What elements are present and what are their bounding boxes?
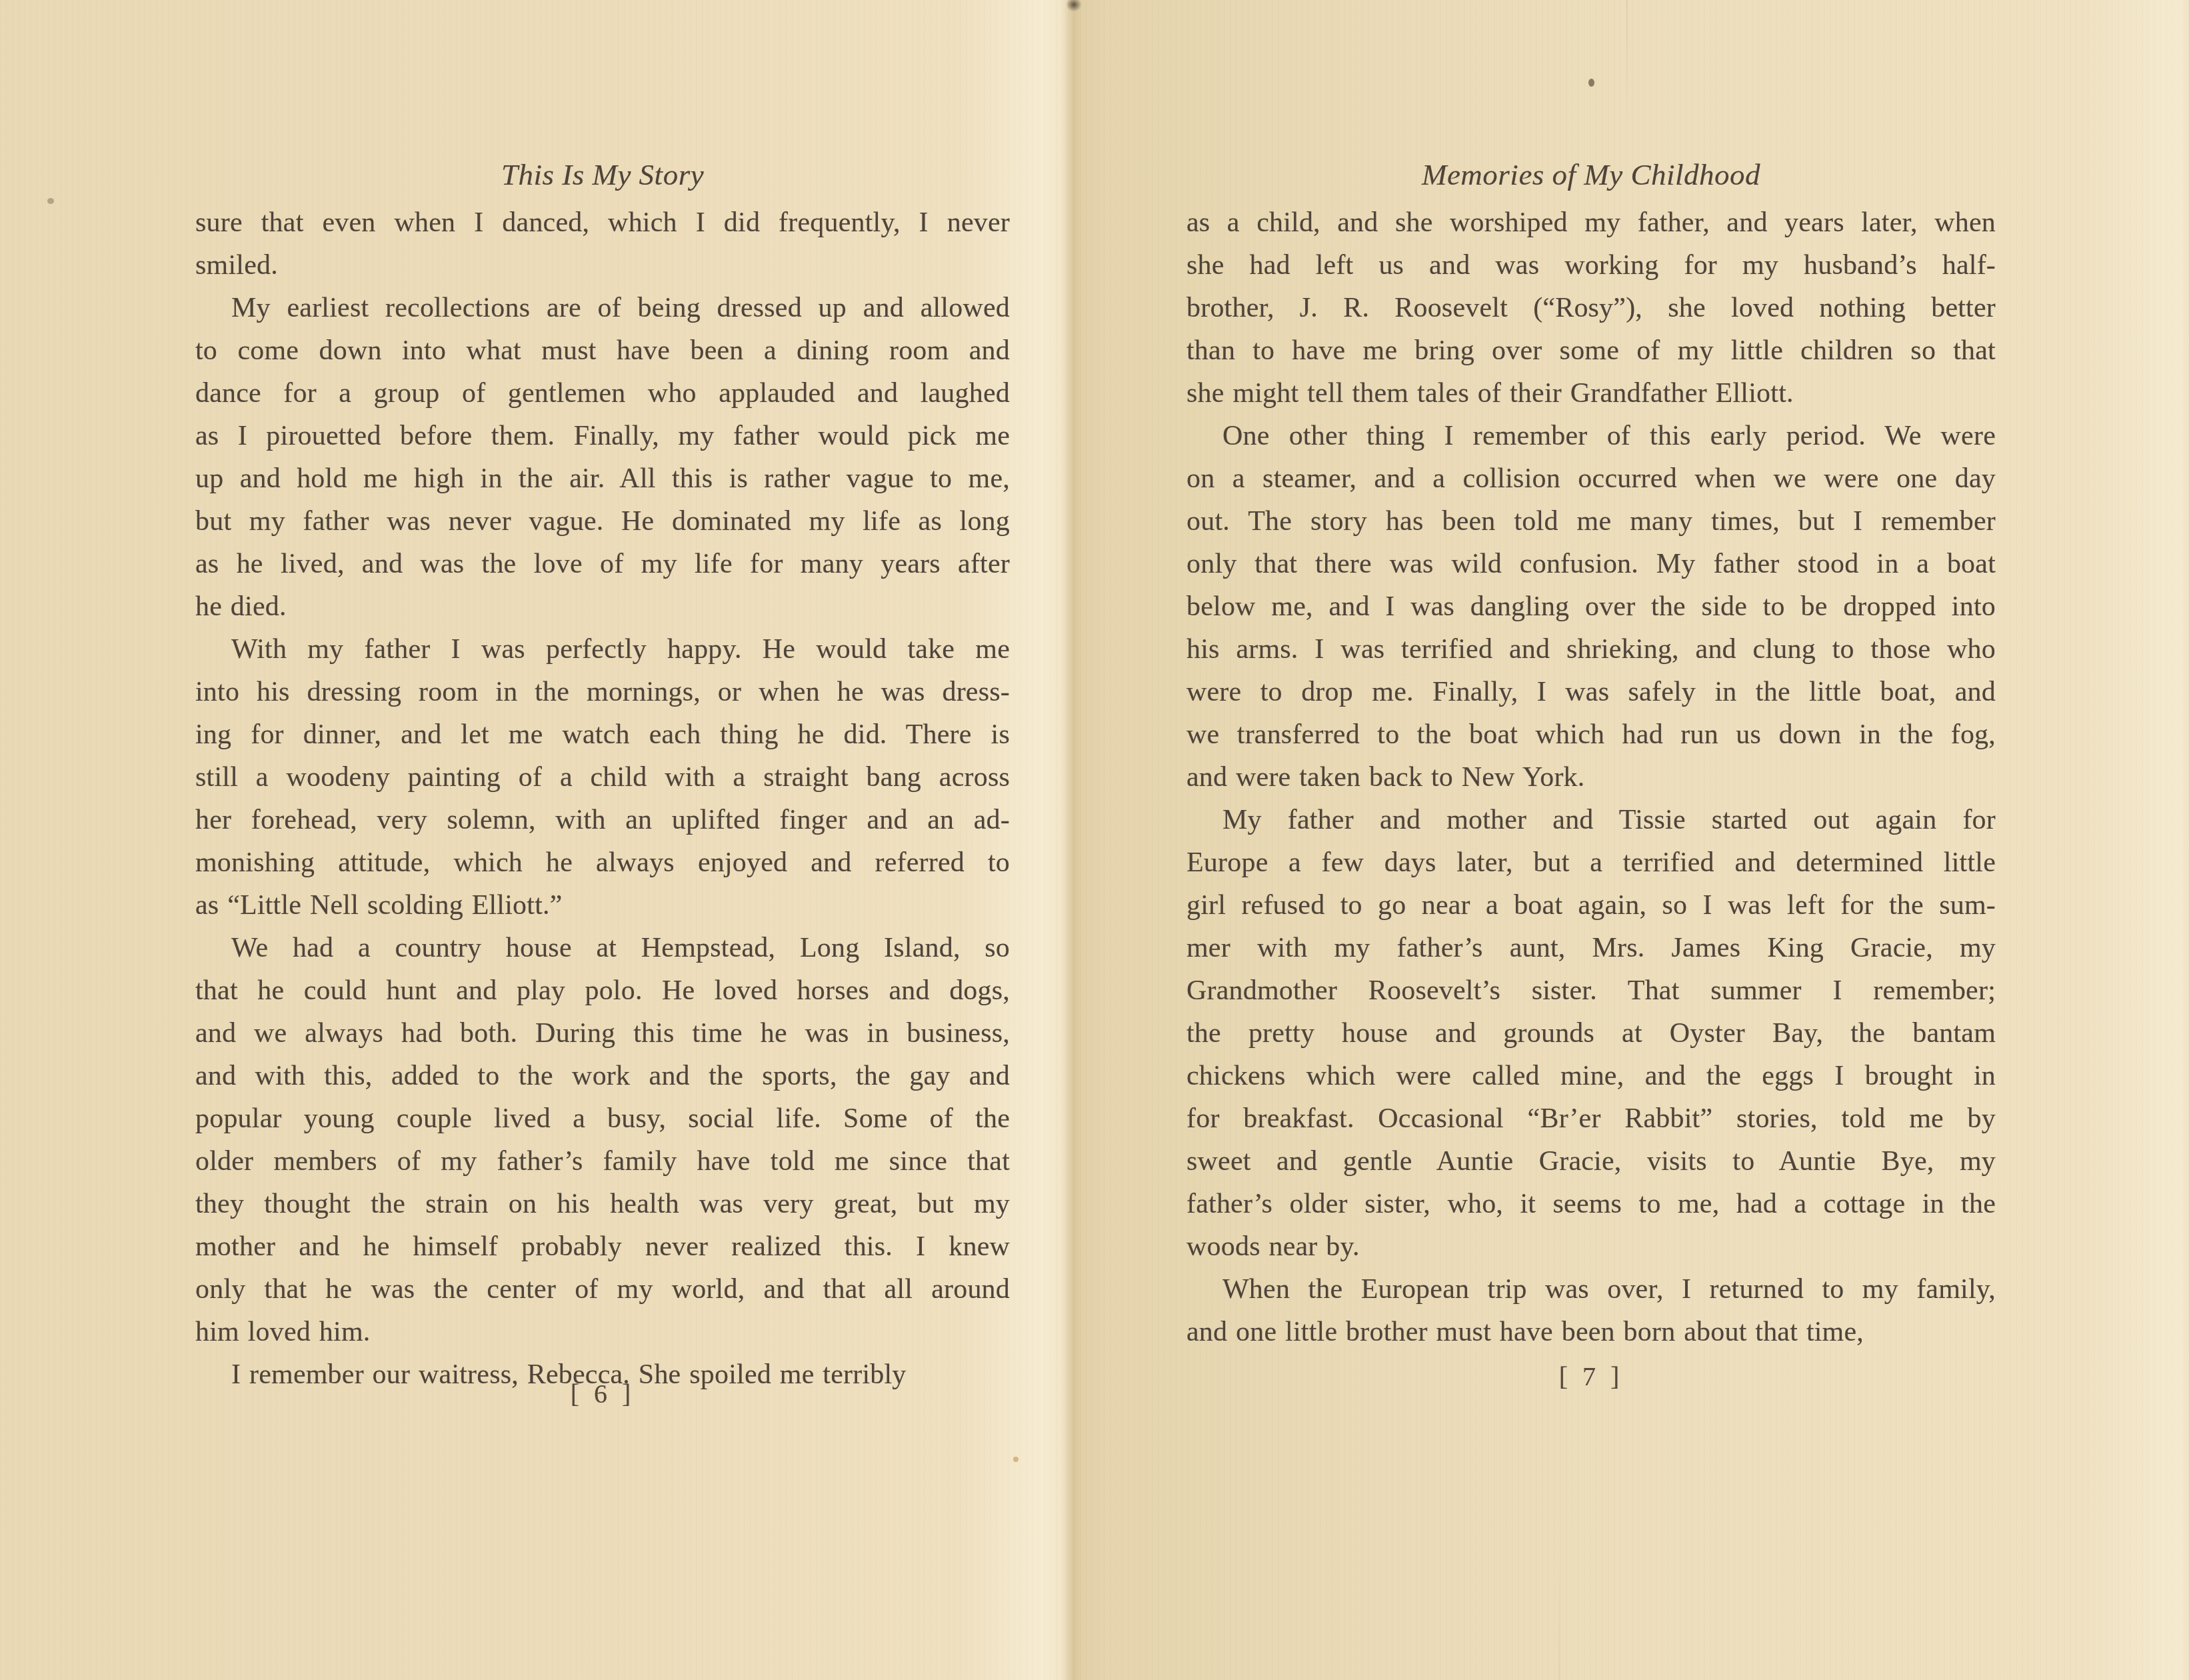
paragraph: With my father I was perfectly happy. He…	[195, 628, 1010, 927]
text-line: Europe a few days later, but a terrified…	[1186, 841, 1996, 884]
text-line: only that there was wild confusion. My f…	[1186, 543, 1996, 585]
text-line: him loved him.	[195, 1311, 1010, 1353]
right-page-body: as a child, and she worshiped my father,…	[1186, 201, 1996, 1353]
text-line: woods near by.	[1186, 1225, 1996, 1268]
paragraph: My earliest recollections are of being d…	[195, 287, 1010, 628]
text-line: ing for dinner, and let me watch each th…	[195, 713, 1010, 756]
text-line: as he lived, and was the love of my life…	[195, 543, 1010, 585]
text-line: sure that even when I danced, which I di…	[195, 201, 1010, 244]
text-line: but my father was never vague. He domina…	[195, 500, 1010, 543]
left-page: This Is My Story sure that even when I d…	[195, 157, 1010, 1396]
paragraph: One other thing I remember of this early…	[1186, 415, 1996, 799]
text-line: his arms. I was terrified and shrieking,…	[1186, 628, 1996, 671]
text-line: as I pirouetted before them. Finally, my…	[195, 415, 1010, 457]
left-running-header: This Is My Story	[195, 157, 1010, 192]
right-running-header: Memories of My Childhood	[1186, 157, 1996, 192]
text-line: they thought the strain on his health wa…	[195, 1183, 1010, 1225]
text-line: girl refused to go near a boat again, so…	[1186, 884, 1996, 927]
text-line: brother, J. R. Roosevelt (“Rosy”), she l…	[1186, 287, 1996, 329]
text-line: were to drop me. Finally, I was safely i…	[1186, 671, 1996, 713]
text-line: her forehead, very solemn, with an uplif…	[195, 799, 1010, 841]
text-line: and with this, added to the work and the…	[195, 1055, 1010, 1097]
text-line: we transferred to the boat which had run…	[1186, 713, 1996, 756]
paragraph: We had a country house at Hempstead, Lon…	[195, 927, 1010, 1353]
text-line: smiled.	[195, 244, 1010, 287]
text-line: popular young couple lived a busy, socia…	[195, 1097, 1010, 1140]
text-line: One other thing I remember of this early…	[1186, 415, 1996, 457]
text-line: dance for a group of gentlemen who appla…	[195, 372, 1010, 415]
text-line: mother and he himself probably never rea…	[195, 1225, 1010, 1268]
paragraph: sure that even when I danced, which I di…	[195, 201, 1010, 287]
paper-speck	[1588, 79, 1594, 87]
text-line: still a woodeny painting of a child with…	[195, 756, 1010, 799]
text-line: only that he was the center of my world,…	[195, 1268, 1010, 1311]
text-line: chickens which were called mine, and the…	[1186, 1055, 1996, 1097]
paper-crease	[1626, 0, 1628, 127]
text-line: and we always had both. During this time…	[195, 1012, 1010, 1055]
text-line: as “Little Nell scolding Elliott.”	[195, 884, 1010, 927]
text-line: she might tell them tales of their Grand…	[1186, 372, 1996, 415]
text-line: father’s older sister, who, it seems to …	[1186, 1183, 1996, 1225]
paper-speck	[47, 198, 54, 204]
book-spread: { "book": { "colors": { "paper": "#ecdcb…	[0, 0, 2189, 1680]
text-line: monishing attitude, which he always enjo…	[195, 841, 1010, 884]
text-line: out. The story has been told me many tim…	[1186, 500, 1996, 543]
text-line: she had left us and was working for my h…	[1186, 244, 1996, 287]
paragraph: as a child, and she worshiped my father,…	[1186, 201, 1996, 415]
text-line: on a steamer, and a collision occurred w…	[1186, 457, 1996, 500]
left-page-number: [ 6 ]	[195, 1379, 1010, 1409]
right-page-number: [ 7 ]	[1186, 1361, 1996, 1392]
text-line: below me, and I was dangling over the si…	[1186, 585, 1996, 628]
text-line: the pretty house and grounds at Oyster B…	[1186, 1012, 1996, 1055]
text-line: sweet and gentle Auntie Gracie, visits t…	[1186, 1140, 1996, 1183]
text-line: mer with my father’s aunt, Mrs. James Ki…	[1186, 927, 1996, 969]
text-line: he died.	[195, 585, 1010, 628]
text-line: older members of my father’s family have…	[195, 1140, 1010, 1183]
left-page-body: sure that even when I danced, which I di…	[195, 201, 1010, 1396]
text-line: than to have me bring over some of my li…	[1186, 329, 1996, 372]
text-line: up and hold me high in the air. All this…	[195, 457, 1010, 500]
paper-crease	[1558, 1553, 1560, 1680]
text-line: to come down into what must have been a …	[195, 329, 1010, 372]
text-line: into his dressing room in the mornings, …	[195, 671, 1010, 713]
text-line: as a child, and she worshiped my father,…	[1186, 201, 1996, 244]
text-line: With my father I was perfectly happy. He…	[195, 628, 1010, 671]
gutter-shadow	[1063, 0, 1085, 15]
text-line: and one little brother must have been bo…	[1186, 1311, 1996, 1353]
text-line: Grandmother Roosevelt’s sister. That sum…	[1186, 969, 1996, 1012]
paper-speck	[1013, 1457, 1019, 1462]
text-line: that he could hunt and play polo. He lov…	[195, 969, 1010, 1012]
paragraph: My father and mother and Tissie started …	[1186, 799, 1996, 1268]
text-line: My father and mother and Tissie started …	[1186, 799, 1996, 841]
text-line: We had a country house at Hempstead, Lon…	[195, 927, 1010, 969]
text-line: for breakfast. Occasional “Br’er Rabbit”…	[1186, 1097, 1996, 1140]
paragraph: When the European trip was over, I retur…	[1186, 1268, 1996, 1353]
text-line: and were taken back to New York.	[1186, 756, 1996, 799]
right-page: Memories of My Childhood as a child, and…	[1186, 157, 1996, 1353]
text-line: My earliest recollections are of being d…	[195, 287, 1010, 329]
text-line: When the European trip was over, I retur…	[1186, 1268, 1996, 1311]
